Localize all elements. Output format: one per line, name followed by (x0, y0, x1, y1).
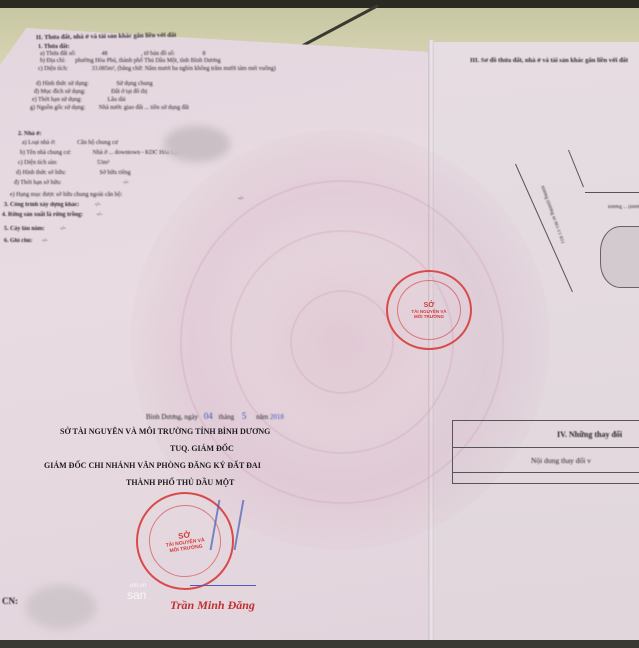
authority-line: TUQ. GIÁM ĐỐC (170, 445, 234, 452)
production-forest-line: 4. Rừng sản xuất là rừng trồng: -/- (2, 212, 102, 219)
land-usage-form-line: d) Hình thức sử dụng: Sử dụng chung (36, 81, 153, 88)
map-road-label: Đường ... (Đường ...) (608, 204, 639, 211)
map-parcel (600, 226, 639, 288)
perennial-tree-line: 5. Cây lâu năm: -/- (4, 226, 66, 233)
land-origin-line: g) Nguồn gốc sử dụng: Nhà nước giao đất … (30, 105, 189, 112)
city-line: THÀNH PHỐ THỦ DẦU MỘT (126, 479, 234, 486)
house-term-line: đ) Thời hạn sở hữu: -/- (14, 180, 129, 187)
house-common-line: e) Hạng mục được sở hữu chung ngoài căn … (10, 192, 122, 199)
changes-table-header-row: IV. Những thay đổi (453, 421, 639, 448)
official-seal-right: SỞ TÀI NGUYÊN VÀ MÔI TRƯỜNG (386, 270, 472, 350)
land-area-line: c) Diện tích: 33.085m², (bằng chữ: Năm m… (38, 66, 276, 73)
signer-name: Trần Minh Đăng (170, 598, 255, 613)
map-boundary (585, 192, 639, 193)
changes-table-column-row: Nội dung thay đổi v (453, 448, 639, 473)
section-iii-heading: III. Sơ đồ thửa đất, nhà ở và tài sản kh… (470, 57, 628, 64)
issuer-line: SỞ TÀI NGUYÊN VÀ MÔI TRƯỜNG TỈNH BÌNH DƯ… (60, 428, 270, 435)
land-term-line: e) Thời hạn sử dụng: Lâu dài (32, 97, 126, 104)
land-parcel-line: a) Thửa đất số: 48 , tờ bản đồ số: 8 (40, 51, 205, 58)
signature-underline (190, 585, 256, 586)
background-top-edge (0, 0, 639, 8)
house-label: 2. Nhà ở: (18, 131, 42, 138)
changes-table-column: Nội dung thay đổi v (531, 457, 591, 464)
house-name-line: b) Tên nhà chung cư: Nhà ở ... downtown … (20, 150, 179, 157)
redacted-area (164, 126, 230, 162)
changes-table: IV. Những thay đổi Nội dung thay đổi v (452, 420, 639, 484)
drum-ring (290, 290, 394, 394)
background-bottom-edge (0, 640, 639, 648)
certificate-number-prefix: CN: (2, 598, 18, 605)
place-date-line: Bình Dương, ngày 04 tháng 5 năm 2018 (146, 413, 284, 421)
other-construction-line: 3. Công trình xây dựng khác: -/- (4, 202, 100, 209)
land-purpose-line: đ) Mục đích sử dụng: Đất ở tại đô thị (34, 89, 147, 96)
house-ownership-line: d) Hình thức sở hữu: Sở hữu riêng (16, 170, 131, 177)
house-floor-area-line: c) Diện tích sàn: 53m² (18, 160, 109, 167)
director-line: GIÁM ĐỐC CHI NHÁNH VĂN PHÒNG ĐĂNG KÝ ĐẤT… (44, 462, 261, 469)
land-address-line: b) Địa chỉ: phường Hòa Phú, thành phố Th… (40, 58, 221, 65)
notes-line: 6. Ghi chú: -/- (4, 238, 48, 245)
house-common-value: -/- (238, 196, 244, 203)
watermark-line2: san (127, 588, 146, 602)
redacted-certificate-number (26, 585, 96, 629)
house-type-line: a) Loại nhà ở: Căn hộ chung cư (22, 140, 118, 147)
changes-table-title: IV. Những thay đổi (557, 431, 622, 438)
land-label: 1. Thửa đất: (38, 44, 70, 51)
